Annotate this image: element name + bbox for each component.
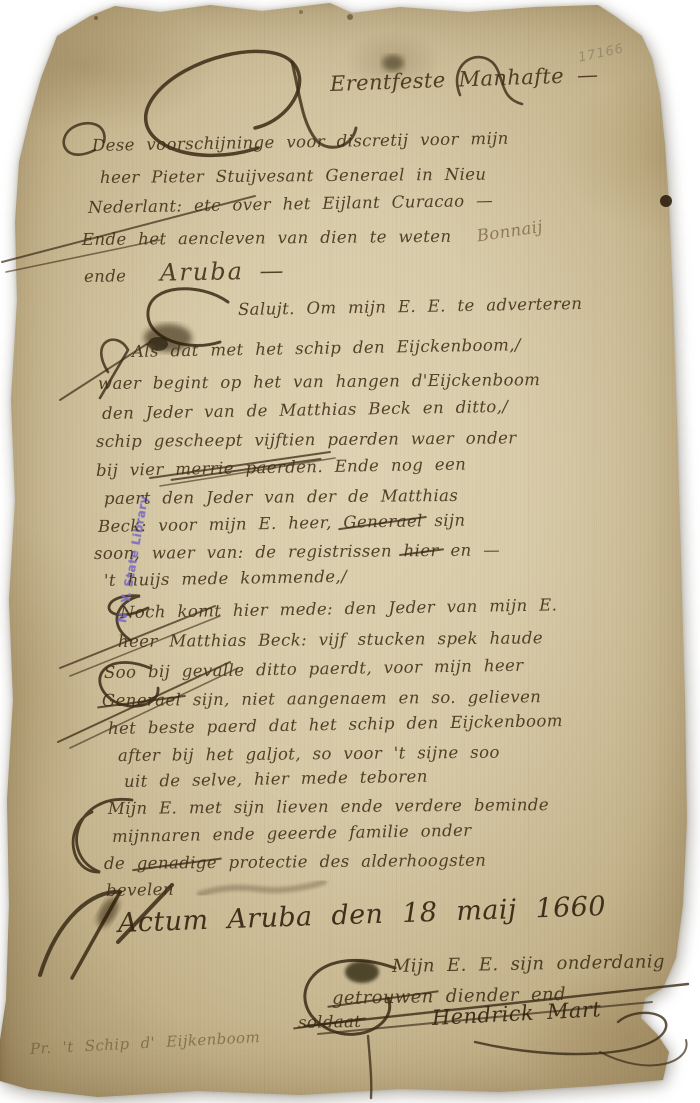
manuscript-line: schip gescheept vijftien paerden waer on… [96,428,517,451]
line-text: de [104,854,125,873]
line-text: sijn [434,511,465,531]
manuscript-line: heer Matthias Beck: vijf stucken spek ha… [118,628,543,651]
manuscript-scan: 17166 N. Y. State Library Erentfeste Man… [0,0,700,1103]
manuscript-line: Mijn E. met sijn lieven ende verdere bem… [108,795,549,818]
line-text: protectie des alderhoogsten [229,851,487,872]
manuscript-line: Generael sijn, niet aangenaem en so. gel… [102,687,541,710]
struck-words: Generael [102,690,181,710]
struck-words: Generael [343,511,423,531]
manuscript-line: heer Pieter Stuijvesant Generael in Nieu [100,165,487,187]
line-text: sijn, niet aangenaem en so. gelieven [193,687,541,709]
manuscript-line: waer begint op het van hangen d'Eijckenb… [98,370,540,393]
line-text: en — [450,540,500,559]
struck-words: soldaat [298,1012,362,1032]
struck-words: hier [404,541,439,560]
line-text: bij vier [96,460,164,480]
manuscript-line: de genadige protectie des alderhoogsten [104,851,486,873]
line-text: Ende het aencleven van dien te weten [82,227,452,249]
manuscript-line: ende Aruba — [84,256,286,288]
manuscript-line: bevelen [106,880,174,900]
manuscript-line: paert den Jeder van der de Matthias [104,486,458,508]
line-text: soon, waer van: de registrissen [94,541,392,563]
struck-words: genadige [137,853,217,873]
line-text: Beck: voor mijn E. heer, [98,513,332,536]
line-text: . Ende nog een [317,455,466,477]
struck-words: getrouwen [332,986,434,1009]
manuscript-line: soon, waer van: de registrissen hier en … [94,540,500,563]
manuscript-line: Ende het aencleven van dien te weten Bon… [82,226,544,249]
line-text: ende [84,266,127,286]
closing-line: soldaat [298,1012,362,1032]
aruba-word: Aruba — [160,256,286,286]
struck-words: merrie paerden [175,457,317,478]
manuscript-line: after bij het galjot, so voor 't sijne s… [118,743,500,765]
